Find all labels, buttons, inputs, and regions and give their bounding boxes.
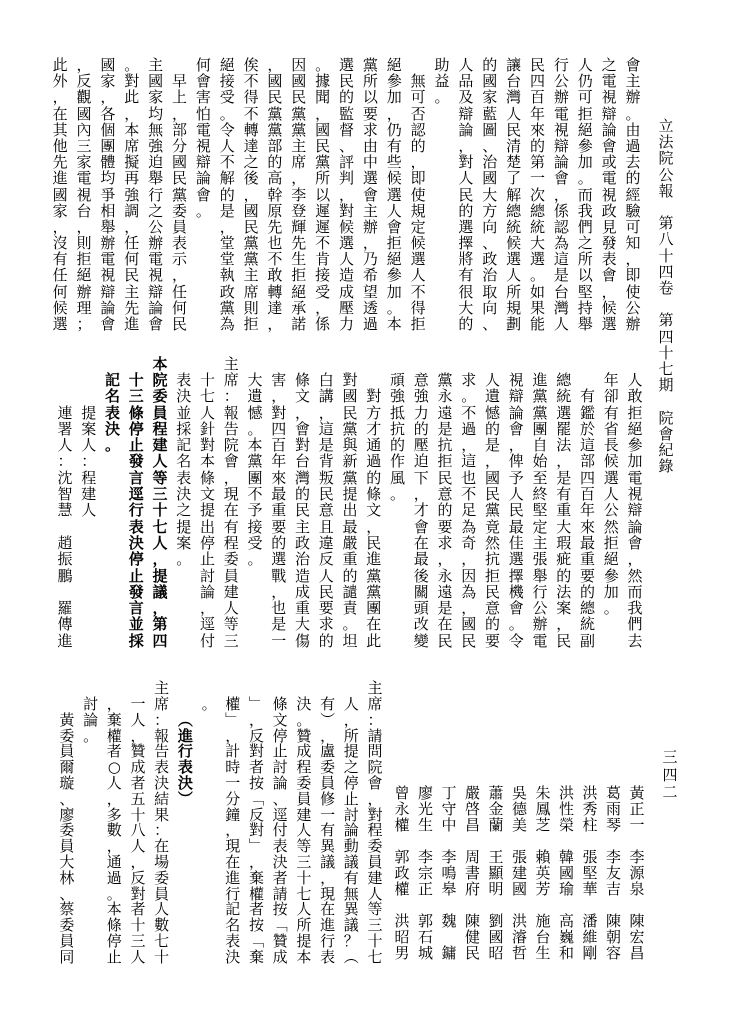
char-cell: 員: [171, 219, 187, 235]
motion-title-column: 記名表決。: [105, 372, 121, 453]
char-cell: 表: [176, 470, 192, 486]
char-cell: 重: [556, 502, 572, 518]
char-cell: 出: [342, 502, 358, 518]
char-cell: 電: [148, 251, 164, 267]
char-cell: 條: [128, 405, 144, 421]
char-cell: 公: [603, 502, 619, 518]
text-column: 十七人針對本條文提出停止討論，逕付: [200, 372, 216, 649]
char-cell: 國: [315, 122, 331, 138]
text-column: 之電視辯論會或電視政見發表會，候選: [601, 57, 617, 332]
char-cell: 任: [124, 235, 140, 251]
char-cell: 李: [606, 849, 622, 865]
char-cell: 選: [556, 405, 572, 421]
text-column: ﹂，反對者按﹁反對﹂，棄權者按﹁棄: [249, 697, 265, 966]
char-cell: 第: [530, 154, 546, 170]
char-cell: 視: [627, 486, 643, 502]
char-cell: 。: [342, 616, 358, 632]
char-cell: 昌: [465, 817, 481, 833]
cosigner-name: 李源泉: [629, 849, 645, 897]
char-cell: 有: [52, 251, 68, 267]
char-cell: 這: [553, 251, 569, 267]
char-cell: 黨: [532, 388, 548, 404]
char-cell: 四: [530, 73, 546, 89]
char-cell: 年: [530, 106, 546, 122]
char-cell: 永: [394, 801, 410, 817]
char-cell: 生: [535, 945, 551, 961]
char-cell: 公: [148, 219, 164, 235]
cosigner-name: 郭石城: [418, 913, 434, 961]
char-cell: 並: [128, 616, 144, 632]
cosigner-name: 洪性榮: [559, 785, 575, 833]
char-cell: 無: [410, 73, 426, 89]
text-column: 早上，部分國民黨委員表示，任何民: [171, 57, 187, 332]
char-cell: 會: [195, 73, 211, 89]
char-cell: 王: [488, 849, 504, 865]
char-cell: 拒: [410, 316, 426, 332]
char-cell: 以: [362, 89, 378, 105]
char-cell: 風: [390, 470, 406, 486]
char-cell: 國: [52, 187, 68, 203]
char-cell: 體: [100, 154, 116, 170]
char-cell: ，: [461, 437, 477, 453]
char-cell: 政: [394, 865, 410, 881]
char-cell: 會: [553, 170, 569, 186]
char-cell: 終: [532, 486, 548, 502]
char-cell: 辯: [627, 502, 643, 518]
char-cell: 行: [128, 502, 144, 518]
char-cell: 、: [482, 316, 498, 332]
char-cell: 解: [506, 187, 522, 203]
char-cell: 二: [662, 784, 678, 802]
char-cell: 黨: [171, 187, 187, 203]
char-cell: ，: [461, 551, 477, 567]
char-cell: 在: [437, 616, 453, 632]
cosigner-name: 李友吉: [606, 849, 622, 897]
char-cell: 顯: [488, 865, 504, 881]
char-cell: 舉: [532, 568, 548, 584]
char-cell: 民: [171, 170, 187, 186]
char-cell: 害: [195, 89, 211, 105]
char-cell: 四: [662, 767, 678, 785]
char-cell: 也: [271, 600, 287, 616]
char-cell: 表: [128, 519, 144, 535]
text-column: 絕接受。令人不解的是，堂堂執政黨為: [219, 57, 235, 332]
char-cell: ，: [52, 89, 68, 105]
char-cell: 十: [154, 950, 170, 966]
char-cell: 美: [512, 817, 528, 833]
char-cell: 同: [59, 950, 75, 966]
char-cell: 候: [386, 170, 402, 186]
char-cell: 人: [219, 138, 235, 154]
cosigner-name: 洪昭男: [394, 913, 410, 961]
char-cell: 劃: [506, 316, 522, 332]
char-cell: 的: [458, 203, 474, 219]
gazette-page: 立法院公報 第八十四卷 第四十七期 院會紀錄 三四二 會主辦。由過去的經驗可知，…: [0, 0, 734, 1024]
char-cell: 黨: [342, 421, 358, 437]
char-cell: 內: [76, 122, 92, 138]
char-cell: 主: [243, 267, 259, 283]
char-cell: 石: [418, 929, 434, 945]
char-cell: 楚: [506, 154, 522, 170]
char-cell: 家: [76, 154, 92, 170]
char-cell: 院: [223, 437, 239, 453]
char-cell: 視: [195, 138, 211, 154]
char-cell: 的: [458, 316, 474, 332]
char-cell: 年: [603, 372, 619, 388]
char-cell: 家: [100, 73, 116, 89]
char-cell: 生: [291, 251, 307, 267]
char-cell: 付: [200, 633, 216, 649]
text-column: 求。不過，這也不足為奇，因為，國民: [461, 372, 477, 649]
char-cell: 黃: [629, 785, 645, 801]
char-cell: 芳: [535, 881, 551, 897]
text-column: 對方才通過的條文，民進黨黨團在此: [366, 372, 382, 649]
char-cell: 。: [508, 616, 524, 632]
char-cell: 最: [342, 519, 358, 535]
char-cell: 華: [582, 881, 598, 897]
char-cell: 院: [152, 372, 168, 388]
char-cell: 將: [458, 251, 474, 267]
char-cell: 團: [532, 421, 548, 437]
char-cell: 讓: [506, 57, 522, 73]
char-cell: 選: [601, 316, 617, 332]
char-cell: 宏: [629, 929, 645, 945]
char-cell: ，: [437, 551, 453, 567]
char-cell: 辯: [195, 154, 211, 170]
char-cell: 大: [530, 235, 546, 251]
char-cell: 行: [553, 57, 569, 73]
char-cell: 論: [601, 122, 617, 138]
char-cell: 清: [506, 138, 522, 154]
char-cell: ，: [461, 600, 477, 616]
char-cell: 。: [530, 267, 546, 283]
char-cell: 監: [339, 106, 355, 122]
char-cell: 棄: [249, 950, 265, 966]
char-cell: 統: [580, 616, 596, 632]
char-cell: 會: [223, 453, 239, 469]
char-cell: 拒: [291, 267, 307, 283]
char-cell: 辯: [458, 106, 474, 122]
char-cell: 令: [219, 122, 235, 138]
char-cell: 政: [601, 203, 617, 219]
char-cell: 是: [271, 616, 287, 632]
text-column: 白講，這是背叛民意且違反人民要求的: [318, 372, 334, 649]
char-cell: 國: [76, 106, 92, 122]
char-cell: 所: [315, 170, 331, 186]
cosigner-name: 蕭金蘭: [488, 785, 504, 833]
char-cell: 過: [362, 316, 378, 332]
chair-speech-column: 主席：報告表決結果：在場委員人數七十: [154, 681, 170, 965]
char-cell: 個: [100, 122, 116, 138]
char-cell: 此: [366, 633, 382, 649]
char-cell: 法: [556, 584, 572, 600]
char-cell: 行: [532, 584, 548, 600]
char-cell: 連: [57, 405, 73, 421]
text-column: ，反觀國內三家電視台，則拒絕辦理；: [76, 57, 92, 332]
char-cell: 現: [223, 486, 239, 502]
char-cell: 席: [223, 372, 239, 388]
char-cell: 高: [267, 170, 283, 186]
char-cell: 講: [318, 388, 334, 404]
char-cell: 四: [152, 633, 168, 649]
char-cell: 抵: [390, 405, 406, 421]
char-cell: 重: [271, 502, 287, 518]
char-cell: 迫: [148, 154, 164, 170]
char-cell: 擬: [124, 154, 140, 170]
char-cell: 家: [52, 203, 68, 219]
char-cell: 民: [291, 89, 307, 105]
char-cell: ，: [366, 519, 382, 535]
char-cell: 來: [530, 122, 546, 138]
char-cell: 陳: [465, 913, 481, 929]
cosigner-column: 連署人：沈智慧 趙振鵬 羅傳進: [57, 372, 73, 649]
char-cell: 使: [625, 284, 641, 300]
text-column: 黃委員爾璇、廖委員大林、蔡委員同: [59, 697, 75, 966]
char-cell: 頑: [390, 372, 406, 388]
char-cell: 民: [366, 535, 382, 551]
char-cell: 後: [243, 170, 259, 186]
char-cell: 言: [128, 470, 144, 486]
char-cell: 法: [658, 134, 674, 150]
char-cell: 有: [458, 267, 474, 283]
char-cell: 曾: [394, 785, 410, 801]
char-cell: 本: [200, 453, 216, 469]
char-cell: 相: [100, 203, 116, 219]
char-cell: 慧: [57, 502, 73, 518]
char-cell: 係: [553, 203, 569, 219]
char-cell: 要: [437, 519, 453, 535]
char-cell: 的: [530, 138, 546, 154]
char-cell: 國: [482, 170, 498, 186]
char-cell: 智: [57, 486, 73, 502]
char-cell: 得: [410, 300, 426, 316]
char-cell: 本: [296, 950, 312, 966]
char-cell: 大: [247, 372, 263, 388]
char-cell: 電: [553, 106, 569, 122]
char-cell: 會: [100, 316, 116, 332]
char-cell: 、: [482, 138, 498, 154]
char-cell: 長: [603, 437, 619, 453]
char-cell: 主: [295, 519, 311, 535]
char-cell: 的: [390, 437, 406, 453]
char-cell: 要: [271, 519, 287, 535]
char-cell: 永: [437, 568, 453, 584]
char-cell: 調: [124, 203, 140, 219]
char-cell: 鳳: [535, 801, 551, 817]
char-cell: 選: [271, 551, 287, 567]
cosigner-name: 施台生: [535, 913, 551, 961]
char-cell: 會: [508, 600, 524, 616]
char-cell: 坦: [342, 633, 358, 649]
char-cell: 人: [603, 486, 619, 502]
char-cell: 辯: [100, 284, 116, 300]
char-cell: 受: [315, 284, 331, 300]
char-cell: 逕: [128, 486, 144, 502]
char-cell: 、: [339, 138, 355, 154]
char-cell: 啓: [465, 801, 481, 817]
char-cell: 如: [530, 284, 546, 300]
char-cell: 強: [148, 138, 164, 154]
cosigner-name: 朱鳳芝: [535, 785, 551, 833]
char-cell: 得: [243, 89, 259, 105]
char-cell: 則: [76, 235, 92, 251]
char-cell: 行: [148, 187, 164, 203]
char-cell: 人: [458, 57, 474, 73]
char-cell: 城: [418, 945, 434, 961]
char-cell: 望: [362, 284, 378, 300]
char-cell: 其: [52, 122, 68, 138]
char-cell: 民: [556, 633, 572, 649]
char-cell: 也: [267, 235, 283, 251]
char-cell: 。: [247, 551, 263, 567]
char-cell: 洪: [512, 913, 528, 929]
char-cell: 國: [461, 616, 477, 632]
char-cell: 民: [508, 502, 524, 518]
char-cell: 辦: [362, 219, 378, 235]
char-cell: 任: [171, 284, 187, 300]
char-cell: 機: [508, 584, 524, 600]
char-cell: 的: [625, 170, 641, 186]
char-cell: 芝: [535, 817, 551, 833]
char-cell: 民: [267, 89, 283, 105]
char-cell: [366, 372, 382, 388]
char-cell: 朝: [606, 929, 622, 945]
char-cell: 人: [506, 267, 522, 283]
char-cell: 周: [465, 849, 481, 865]
char-cell: 不: [461, 486, 477, 502]
char-cell: 民: [461, 633, 477, 649]
cosigner-name: 嚴啓昌: [465, 785, 481, 833]
char-cell: 遲: [315, 219, 331, 235]
char-cell: 三: [128, 388, 144, 404]
char-cell: 百: [530, 89, 546, 105]
char-cell: 郭: [394, 849, 410, 865]
char-cell: 由: [625, 122, 641, 138]
char-cell: 俟: [243, 57, 259, 73]
char-cell: 選: [339, 57, 355, 73]
char-cell: 求: [461, 372, 477, 388]
char-cell: 無: [148, 122, 164, 138]
char-cell: ，: [243, 187, 259, 203]
char-cell: ，: [339, 187, 355, 203]
char-cell: 要: [318, 600, 334, 616]
char-cell: ，: [315, 300, 331, 316]
char-cell: 健: [465, 929, 481, 945]
char-cell: 絕: [603, 551, 619, 567]
char-cell: 黨: [243, 251, 259, 267]
char-cell: 止: [200, 551, 216, 567]
char-cell: 黨: [532, 405, 548, 421]
char-cell: 即: [410, 170, 426, 186]
text-column: 無可否認的，即使規定候選人不得拒: [410, 57, 426, 332]
char-cell: 。: [176, 551, 192, 567]
text-column: 黨所以要求由中選會主辦，乃希望透過: [362, 57, 378, 332]
char-cell: 台: [506, 73, 522, 89]
char-cell: ，: [601, 284, 617, 300]
char-cell: 何: [124, 251, 140, 267]
char-cell: 辦: [76, 284, 92, 300]
text-column: 條文停止討論、逕付表決者請按﹁贊成: [272, 697, 288, 966]
text-column: 此外，在其他先進國家，沒有任何候選: [52, 57, 68, 332]
cosigner-name: 高巍和: [559, 913, 575, 961]
char-cell: 民: [437, 633, 453, 649]
char-cell: 而: [577, 187, 593, 203]
char-cell: 選: [362, 170, 378, 186]
char-cell: 轉: [267, 284, 283, 300]
char-cell: 參: [386, 267, 402, 283]
char-cell: 由: [362, 138, 378, 154]
char-cell: 不: [243, 73, 259, 89]
char-cell: 張: [532, 551, 548, 567]
char-cell: 委: [152, 388, 168, 404]
char-cell: 益: [434, 73, 450, 89]
char-cell: 了: [506, 170, 522, 186]
char-cell: 。: [625, 106, 641, 122]
char-cell: ，: [152, 600, 168, 616]
char-cell: 有: [223, 519, 239, 535]
char-cell: 十: [152, 502, 168, 518]
char-cell: 員: [152, 405, 168, 421]
char-cell: 國: [171, 154, 187, 170]
char-cell: ，: [485, 453, 501, 469]
char-cell: 不: [219, 154, 235, 170]
char-cell: 視: [100, 267, 116, 283]
char-cell: 評: [339, 154, 355, 170]
char-cell: 委: [223, 551, 239, 567]
char-cell: 總: [580, 600, 596, 616]
char-cell: 論: [100, 300, 116, 316]
char-cell: 定: [410, 219, 426, 235]
char-cell: 我: [577, 203, 593, 219]
char-cell: 民: [315, 138, 331, 154]
char-cell: ，: [508, 437, 524, 453]
char-cell: 背: [318, 453, 334, 469]
cosigner-name: 曾永權: [394, 785, 410, 833]
char-cell: 會: [295, 421, 311, 437]
char-cell: 人: [200, 405, 216, 421]
cosigner-name: 賴英芳: [535, 849, 551, 897]
char-cell: 大: [458, 300, 474, 316]
char-cell: 力: [413, 405, 429, 421]
char-cell: 在: [413, 535, 429, 551]
char-cell: 台: [76, 203, 92, 219]
char-cell: 人: [152, 535, 168, 551]
char-cell: 們: [627, 616, 643, 632]
char-cell: 絕: [577, 122, 593, 138]
char-cell: 署: [57, 421, 73, 437]
char-cell: 頭: [413, 600, 429, 616]
char-cell: 民: [530, 57, 546, 73]
char-cell: 意: [485, 600, 501, 616]
char-cell: 造: [339, 267, 355, 283]
cosigner-name: 李宗正: [418, 849, 434, 897]
char-cell: [57, 372, 73, 388]
char-cell: 藍: [482, 106, 498, 122]
char-cell: 三: [662, 749, 678, 767]
char-cell: 的: [318, 633, 334, 649]
char-cell: 立: [658, 118, 674, 134]
char-cell: 為: [461, 519, 477, 535]
text-column: 人品及辯論，對人民的選擇將有很大的: [458, 57, 474, 332]
char-cell: 堂: [219, 251, 235, 267]
char-cell: 建: [512, 865, 528, 881]
char-cell: 維: [582, 929, 598, 945]
char-cell: 先: [52, 154, 68, 170]
char-cell: 進: [366, 551, 382, 567]
char-cell: 建: [81, 486, 97, 502]
char-cell: 不: [247, 486, 263, 502]
char-cell: 接: [315, 267, 331, 283]
